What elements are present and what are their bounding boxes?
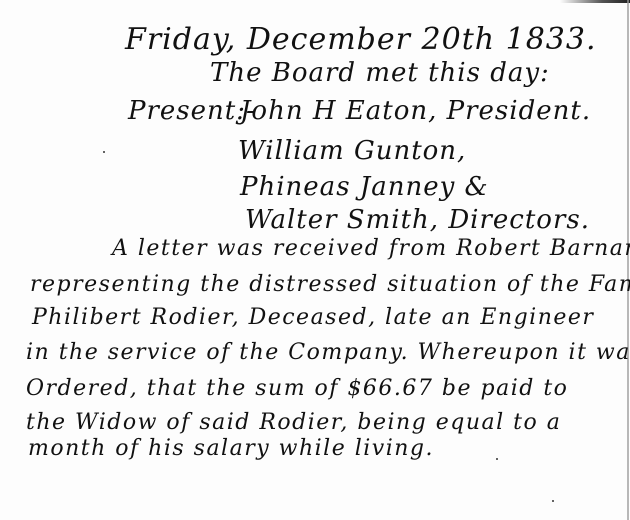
ink-speck bbox=[552, 500, 554, 502]
body-line: the Widow of said Rodier, being equal to… bbox=[26, 410, 561, 435]
member-line: Phineas Janney & bbox=[240, 172, 489, 202]
present-label: Present:- bbox=[128, 96, 256, 126]
body-line: in the service of the Company. Whereupon… bbox=[26, 340, 630, 365]
ink-speck bbox=[103, 151, 105, 153]
body-line: A letter was received from Robert Barnar… bbox=[112, 236, 630, 261]
body-line: Philibert Rodier, Deceased, late an Engi… bbox=[32, 305, 594, 330]
date-line: Friday, December 20th 1833. bbox=[125, 22, 597, 57]
body-line: representing the distressed situation of… bbox=[30, 272, 630, 297]
board-met-line: The Board met this day: bbox=[210, 58, 550, 88]
member-line: Walter Smith, Directors. bbox=[245, 205, 590, 235]
member-line: William Gunton, bbox=[238, 136, 466, 166]
page-top-edge bbox=[560, 0, 630, 3]
body-line: month of his salary while living. bbox=[28, 436, 434, 461]
body-line: Ordered, that the sum of $66.67 be paid … bbox=[26, 376, 568, 401]
president-line: John H Eaton, President. bbox=[240, 96, 591, 126]
manuscript-page: Friday, December 20th 1833. The Board me… bbox=[0, 0, 630, 520]
ink-speck bbox=[496, 458, 498, 460]
